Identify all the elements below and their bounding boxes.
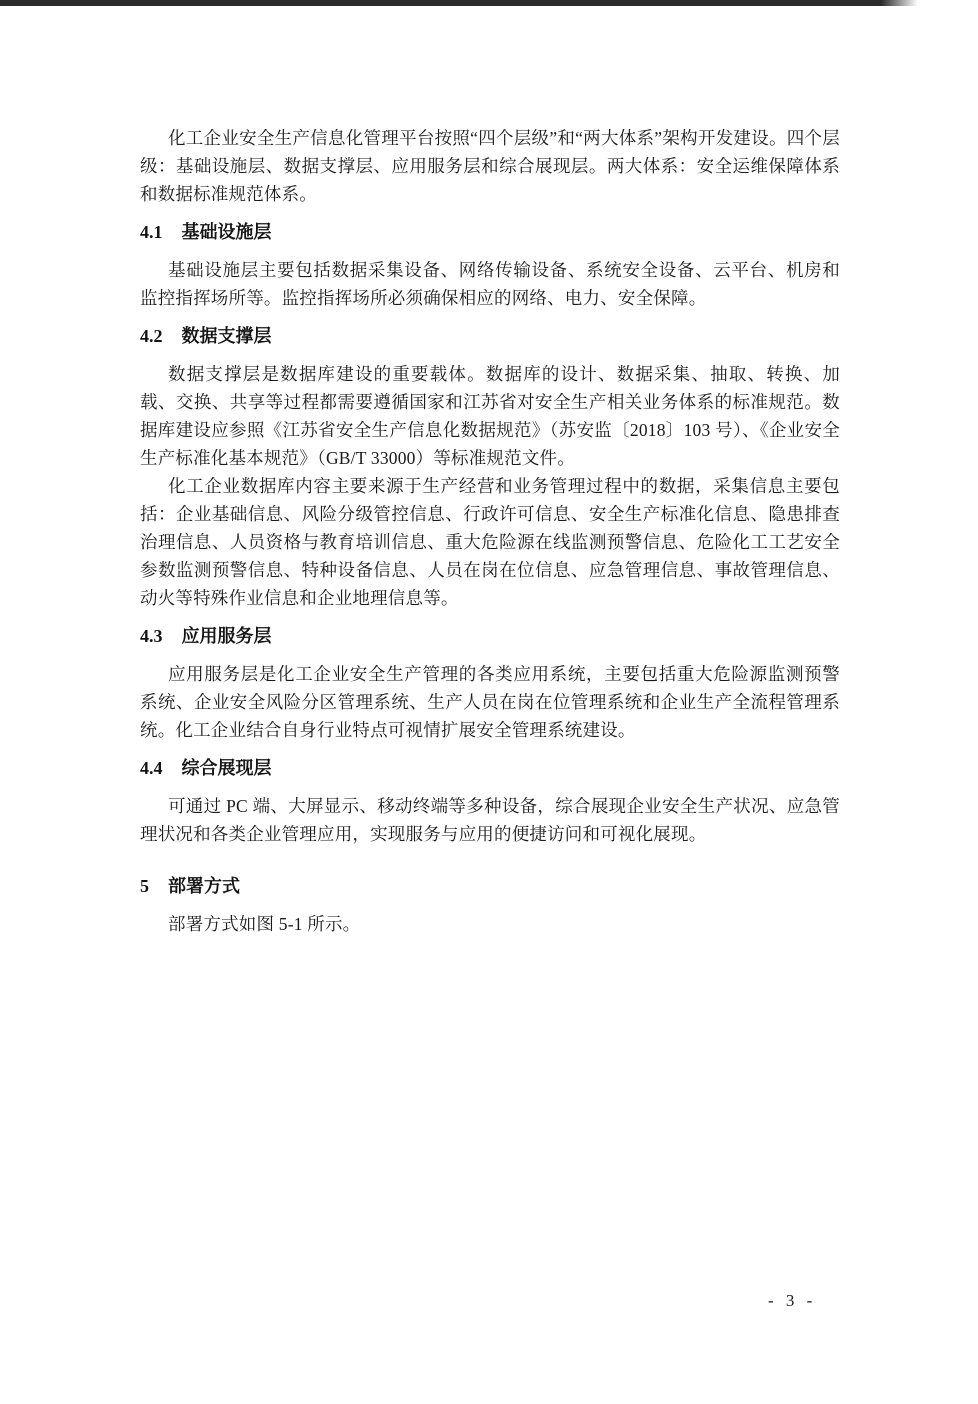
page-number: - 3 - <box>768 1290 816 1312</box>
section-heading-4-1: 4.1 基础设施层 <box>140 218 840 246</box>
document-content: 化工企业安全生产信息化管理平台按照“四个层级”和“两大体系”架构开发建设。四个层… <box>140 124 840 938</box>
document-page: 化工企业安全生产信息化管理平台按照“四个层级”和“两大体系”架构开发建设。四个层… <box>0 0 978 1404</box>
section-number: 4.4 <box>140 754 163 782</box>
intro-paragraph: 化工企业安全生产信息化管理平台按照“四个层级”和“两大体系”架构开发建设。四个层… <box>140 124 840 208</box>
section-number: 5 <box>140 872 149 900</box>
section-heading-4-3: 4.3 应用服务层 <box>140 622 840 650</box>
section-heading-4-4: 4.4 综合展现层 <box>140 754 840 782</box>
page-top-edge-artifact <box>0 0 918 6</box>
section-number: 4.2 <box>140 322 163 350</box>
section-title: 数据支撑层 <box>182 326 272 346</box>
section-4-2-paragraph-1: 数据支撑层是数据库建设的重要载体。数据库的设计、数据采集、抽取、转换、加载、交换… <box>140 360 840 472</box>
section-4-2-paragraph-2: 化工企业数据库内容主要来源于生产经营和业务管理过程中的数据，采集信息主要包括：企… <box>140 472 840 612</box>
section-4-4-paragraph: 可通过 PC 端、大屏显示、移动终端等多种设备，综合展现企业安全生产状况、应急管… <box>140 792 840 848</box>
section-4-1-paragraph: 基础设施层主要包括数据采集设备、网络传输设备、系统安全设备、云平台、机房和监控指… <box>140 256 840 312</box>
section-5-paragraph: 部署方式如图 5-1 所示。 <box>140 910 840 938</box>
section-heading-4-2: 4.2 数据支撑层 <box>140 322 840 350</box>
section-number: 4.3 <box>140 622 163 650</box>
section-heading-5: 5 部署方式 <box>140 872 840 900</box>
section-title: 综合展现层 <box>182 758 272 778</box>
section-title: 基础设施层 <box>182 222 272 242</box>
section-title: 应用服务层 <box>182 626 272 646</box>
section-4-3-paragraph: 应用服务层是化工企业安全生产管理的各类应用系统，主要包括重大危险源监测预警系统、… <box>140 660 840 744</box>
section-title: 部署方式 <box>168 876 240 896</box>
section-number: 4.1 <box>140 218 163 246</box>
